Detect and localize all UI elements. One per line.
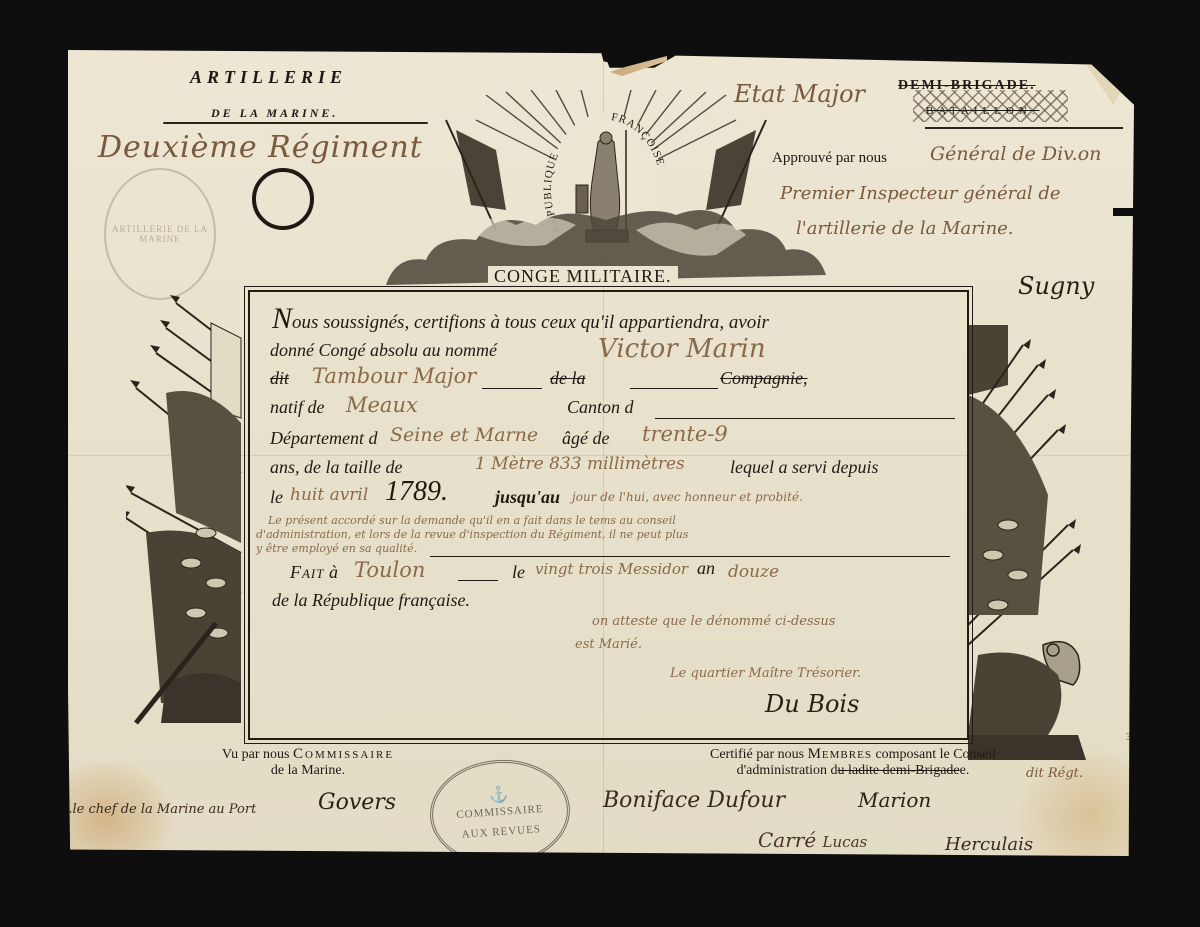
canton-label: Canton d (567, 397, 634, 418)
form-line-3: dit (270, 368, 289, 389)
de-la-label: de la (550, 368, 586, 389)
approuve-ink-line3: l'artillerie de la Marine. (796, 218, 1014, 239)
vu-par-label: Vu par nous (222, 747, 290, 762)
blank-rule (655, 418, 955, 419)
annotation-ink-3: y être employé en sa qualité. (256, 542, 417, 555)
header-de-la-marine: DE LA MARINE. (211, 106, 338, 121)
conseil-label: composant le Conseil (875, 747, 996, 762)
an-label: an (697, 558, 715, 579)
attest-ink-2: est Marié. (575, 637, 642, 652)
anchor-icon: ⚓ (488, 787, 509, 804)
edge-nick (1113, 208, 1139, 216)
administration-label: d'administration d (737, 763, 838, 778)
natif-label: natif de (270, 397, 325, 418)
annotation-ink-1: Le présent accordé sur la demande qu'il … (268, 514, 676, 527)
faded-seal-text: ARTILLERIE DE LA MARINE (106, 224, 214, 244)
circle-mark-icon (252, 168, 314, 230)
struck-brigade-text: u ladite demi-Brigade (838, 763, 960, 778)
signature-sugny: Sugny (1018, 272, 1094, 300)
header-bataillon: BATAILLON. (926, 105, 1040, 117)
height-ink: 1 Mètre 833 millimètres (475, 454, 685, 474)
blank-rule (430, 556, 950, 557)
compagnie-label: Compagnie, (720, 368, 808, 389)
dit-regiment-ink: dit Régt. (1026, 766, 1083, 781)
place-ink: Toulon (354, 558, 425, 582)
fait-date-ink: vingt trois Messidor (535, 560, 688, 578)
margin-note-ink: p.le chef de la Marine au Port (60, 802, 256, 817)
stamp-top-text: COMMISSAIRE (456, 802, 544, 820)
form-line-2-label: donné Congé absolu au nommé (270, 340, 497, 361)
a-label: à (329, 562, 338, 582)
treasurer-signature: Du Bois (765, 690, 859, 718)
soldier-name-ink: Victor Marin (598, 334, 766, 364)
signature-carre: Carré Lucas (758, 828, 867, 852)
certificate-form-box: Nous soussignés, certifions à tous ceux … (248, 290, 969, 740)
drop-cap: N (272, 302, 292, 335)
handwritten-etat-major: Etat Major (734, 80, 865, 108)
membres-title: Membres (808, 746, 872, 762)
approuve-ink-line2: Premier Inspecteur général de (780, 183, 1061, 204)
blank-rule (482, 388, 542, 389)
header-artillerie: ARTILLERIE (190, 67, 347, 88)
fait-year-ink: douze (728, 562, 779, 582)
age-ink: trente-9 (642, 422, 728, 446)
republic-vignette-icon: RÉPUBLIQUE FRANÇOISE (386, 90, 826, 290)
signature-marion: Marion (858, 788, 931, 812)
annotation-ink-2: d'administration, et lors de la revue d'… (256, 528, 688, 541)
header-right-rule (925, 127, 1123, 129)
folded-corner (1083, 60, 1133, 104)
rank-ink: Tambour Major (312, 364, 476, 388)
service-year: 1789. (385, 476, 448, 508)
handwritten-regiment: Deuxième Régiment (98, 130, 423, 165)
age-label: âgé de (562, 428, 609, 449)
quartier-maitre-ink: Le quartier Maître Trésorier. (670, 666, 861, 681)
stamp-bottom-text: AUX REVUES (461, 823, 541, 841)
servi-depuis-label: lequel a servi depuis (730, 457, 878, 478)
approuve-ink-line1: Général de Div.on (930, 143, 1101, 165)
signature-govers: Govers (318, 790, 396, 815)
fait-label: Fait (290, 562, 325, 582)
department-ink: Seine et Marne (390, 424, 538, 446)
attest-ink-1: on atteste que le dénommé ci-dessus (592, 614, 835, 629)
service-date-ink: huit avril (290, 485, 368, 505)
page-mark: 3 (1126, 732, 1131, 743)
signature-lucas: Lucas (823, 833, 868, 851)
fait-line: Fait à (290, 562, 338, 583)
republique-francaise-line: de la République française. (272, 590, 470, 611)
document-paper: ARTILLERIE DE LA MARINE. Deuxième Régime… (68, 50, 1134, 856)
le-label: le (270, 487, 283, 508)
form-line-1: Nous soussignés, certifions à tous ceux … (272, 302, 769, 336)
commissaire-stamp: ⚓ COMMISSAIRE AUX REVUES (427, 755, 574, 870)
blank-rule (630, 388, 718, 389)
signature-carre-text: Carré (758, 828, 816, 852)
certifie-par-membres: Certifié par nous Membres composant le C… (653, 746, 1053, 779)
de-la-marine-label: de la Marine. (271, 763, 345, 778)
commissaire-title: Commissaire (293, 746, 394, 762)
approuve-label: Approuvé par nous (772, 150, 887, 167)
form-line-1-text: ous soussignés, certifions à tous ceux q… (292, 312, 769, 333)
signature-dufour: Boniface Dufour (603, 788, 785, 813)
certifie-label: Certifié par nous (710, 747, 804, 762)
taille-label: ans, de la taille de (270, 457, 402, 478)
administration-end: e. (960, 763, 970, 778)
birthplace-ink: Meaux (346, 393, 418, 417)
left-trophy-ornament-icon (126, 293, 244, 733)
faded-seal-icon: ARTILLERIE DE LA MARINE (104, 168, 216, 300)
signature-herculais: Herculais (945, 834, 1033, 855)
conge-militaire-title: CONGE MILITAIRE. (488, 266, 678, 287)
departement-label: Département d (270, 428, 377, 449)
right-trophy-ornament-icon (968, 325, 1086, 765)
dit-label: dit (270, 368, 289, 388)
jusqu-au-label: jusqu'au (495, 487, 560, 508)
vu-par-commissaire: Vu par nous Commissaire de la Marine. (178, 746, 438, 779)
blank-rule (458, 580, 498, 581)
le-date-label: le (512, 562, 525, 583)
until-ink: jour de l'hui, avec honneur et probité. (572, 490, 803, 504)
